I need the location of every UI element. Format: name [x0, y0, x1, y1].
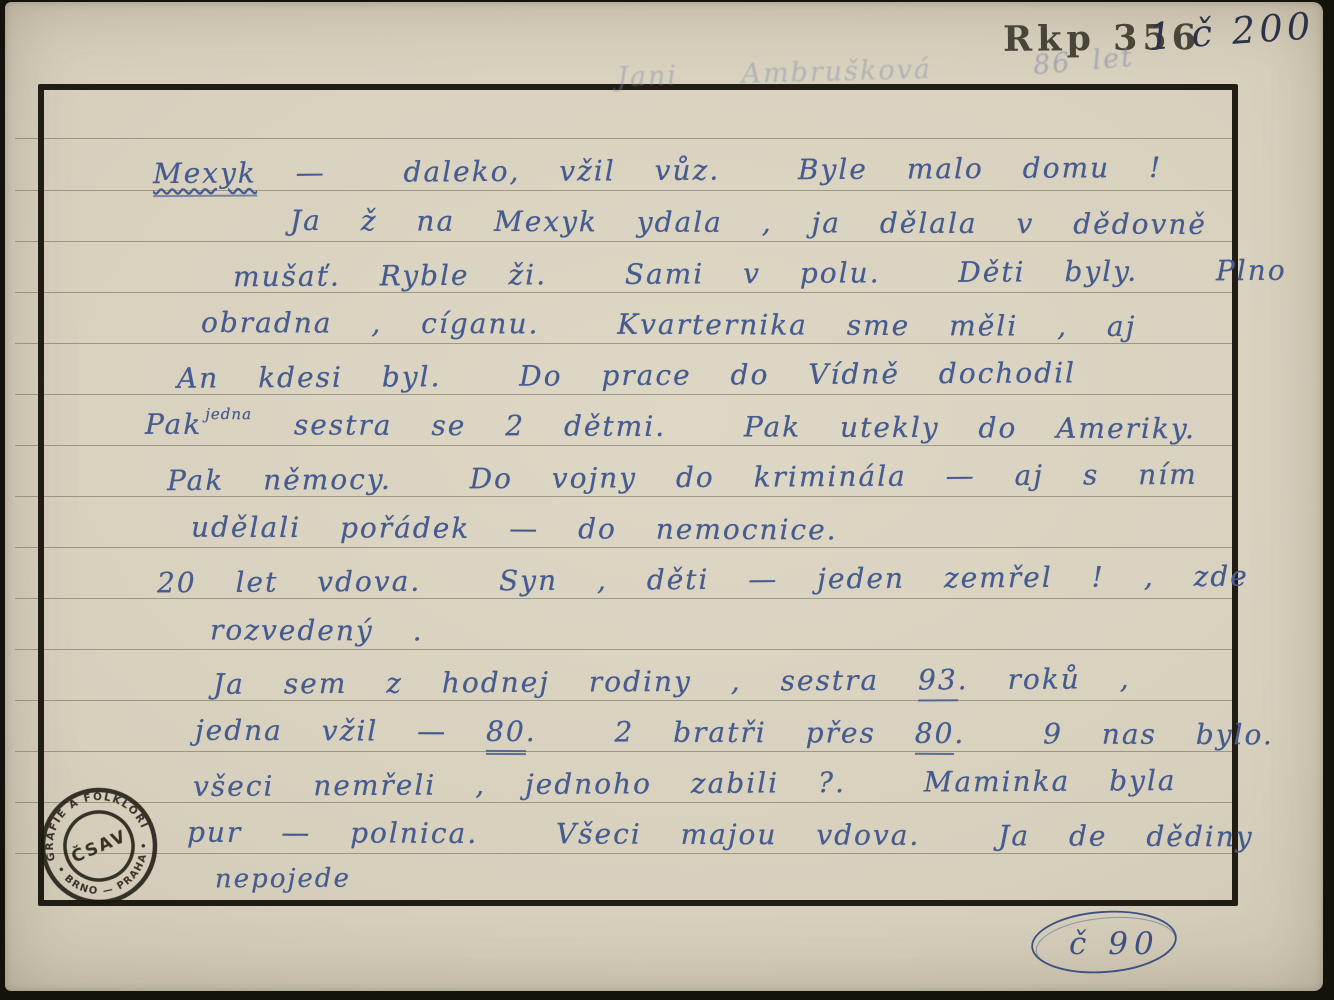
line-text: jedna vžil —: [195, 714, 486, 748]
underlined-word-mexyk: Mexyk: [153, 156, 257, 197]
underlined-number-93: 93: [918, 663, 958, 701]
manuscript-line-1: Mexyk — daleko, vžil vůz. Byle malo domu…: [153, 151, 1162, 190]
line-text: všeci nemřeli , jednoho zabili ?. Mamink…: [193, 764, 1177, 803]
line-text: Pak němocy. Do vojny do kriminála — aj s…: [167, 458, 1198, 497]
manuscript-line-4: obradna , cíganu. Kvarternika sme měli ,…: [201, 306, 1136, 343]
manuscript-line-15: nepojede: [215, 864, 351, 895]
manuscript-line-5: An kdesi byl. Do prace do Vídně dochodil: [177, 356, 1076, 394]
underlined-number-80b: 80: [915, 717, 955, 755]
manuscript-line-2: Ja ž na Mexyk ydala , ja dělala v dědovn…: [290, 204, 1207, 241]
line-text: Ja ž na Mexyk ydala , ja dělala v dědovn…: [290, 204, 1207, 241]
handwritten-catalog-number: 1 č 200: [1147, 4, 1316, 59]
circled-number-group: č 90: [1007, 898, 1207, 988]
manuscript-line-14: pur — polnica. Všeci majou vdova. Ja de …: [187, 816, 1254, 854]
manuscript-line-12: jedna vžil — 80. 2 bratři přes 80. 9 nas…: [195, 714, 1274, 752]
line-text: — daleko, vžil vůz. Byle malo domu !: [257, 151, 1163, 190]
scanned-paper-card: Rkp 356 1 č 200 Jani Ambrušková 86 let M…: [5, 2, 1323, 991]
stamp-center-text: ČSAV: [68, 825, 130, 868]
manuscript-line-13: všeci nemřeli , jednoho zabili ?. Mamink…: [193, 764, 1177, 803]
line-text: sestra se 2 dětmi. Pak utekly do Ameriky…: [255, 408, 1196, 445]
circled-number-text: č 90: [1069, 926, 1160, 962]
manuscript-line-10: rozvedený .: [210, 614, 424, 648]
line-text: An kdesi byl. Do prace do Vídně dochodil: [177, 356, 1076, 394]
line-text: nepojede: [215, 864, 351, 895]
line-text: udělali pořádek — do nemocnice.: [191, 511, 838, 547]
manuscript-line-6: Pakjedna sestra se 2 dětmi. Pak utekly d…: [145, 408, 1196, 446]
inserted-word-above-line: jedna: [205, 405, 252, 423]
manuscript-line-8: udělali pořádek — do nemocnice.: [191, 511, 838, 547]
underlined-number-80a: 80: [486, 715, 526, 755]
line-text: . 9 nas bylo.: [954, 717, 1274, 751]
line-text: mušať. Ryble ži. Sami v polu. Děti byly.…: [233, 254, 1287, 293]
manuscript-line-3: mušať. Ryble ži. Sami v polu. Děti byly.…: [233, 254, 1287, 293]
line-text: rozvedený .: [210, 614, 424, 648]
line-text: obradna , cíganu. Kvarternika sme měli ,…: [201, 306, 1136, 343]
manuscript-line-9: 20 let vdova. Syn , děti — jeden zemřel …: [157, 560, 1249, 600]
manuscript-line-11: Ja sem z hodnej rodiny , sestra 93. roků…: [213, 662, 1131, 701]
line-text: Ja sem z hodnej rodiny , sestra: [213, 663, 918, 700]
line-text: . roků ,: [958, 662, 1131, 696]
manuscript-line-7: Pak němocy. Do vojny do kriminála — aj s…: [167, 458, 1198, 497]
line-text: Pak: [145, 408, 202, 441]
line-text: . 2 bratři přes: [526, 715, 915, 750]
line-text: pur — polnica. Všeci majou vdova. Ja de …: [187, 816, 1254, 854]
line-text: 20 let vdova. Syn , děti — jeden zemřel …: [157, 560, 1249, 600]
